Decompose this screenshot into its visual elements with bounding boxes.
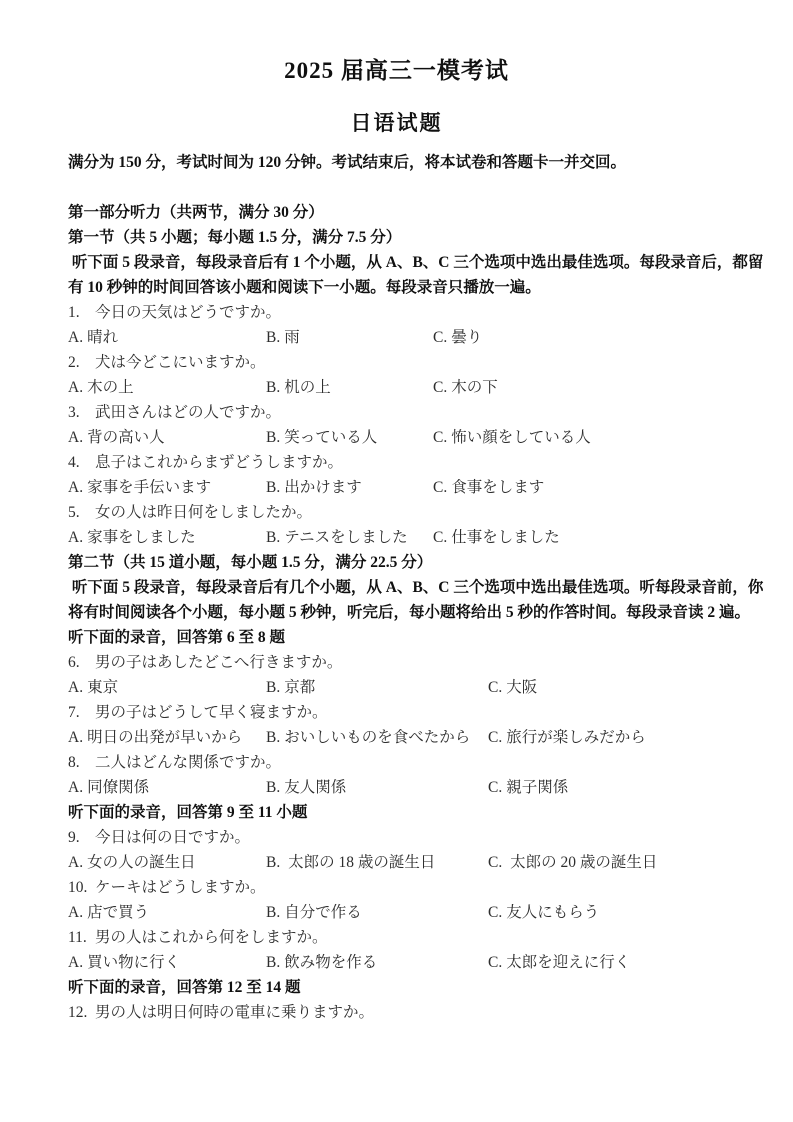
question-7-option-b: B.おいしいものを食べたから <box>266 725 488 750</box>
question-11-text: 男の人はこれから何をしますか。 <box>95 929 328 946</box>
exam-subject-title: 日语试题 <box>68 108 725 138</box>
question-1-option-b: B.雨 <box>266 325 433 350</box>
question-4-option-b: B.出かけます <box>266 475 433 500</box>
question-8: 8.二人はどんな関係ですか。 <box>68 750 725 775</box>
question-10-option-a: A.店で買う <box>68 900 266 925</box>
question-7-options: A.明日の出発が早いから B.おいしいものを食べたから C.旅行が楽しみだから <box>68 725 725 750</box>
question-9-number: 9. <box>68 825 91 850</box>
question-3-option-b: B.笑っている人 <box>266 425 433 450</box>
question-11-option-b: B.飲み物を作る <box>266 950 488 975</box>
question-11-option-c: C.太郎を迎えに行く <box>488 950 725 975</box>
section1-instructions-line1: 听下面 5 段录音，每段录音后有 1 个小题，从 A、B、C 三个选项中选出最佳… <box>68 250 725 275</box>
question-10-option-b: B.自分で作る <box>266 900 488 925</box>
exam-body: 第一部分听力（共两节，满分 30 分） 第一节（共 5 小题；每小题 1.5 分… <box>68 200 725 1025</box>
question-5-option-c: C.仕事をしました <box>433 525 725 550</box>
question-7-number: 7. <box>68 700 91 725</box>
exam-title: 2025 届高三一模考试 <box>68 55 725 87</box>
question-8-options: A.同僚関係 B.友人関係 C.親子関係 <box>68 775 725 800</box>
question-8-option-a: A.同僚関係 <box>68 775 266 800</box>
group-heading-9-11: 听下面的录音，回答第 9 至 11 小题 <box>68 800 725 825</box>
question-2-option-b: B.机の上 <box>266 375 433 400</box>
question-10: 10.ケーキはどうしますか。 <box>68 875 725 900</box>
question-11-options: A.買い物に行く B.飲み物を作る C.太郎を迎えに行く <box>68 950 725 975</box>
section2-instructions-line2: 将有时间阅读各个小题，每小题 5 秒钟，听完后，每小题将给出 5 秒的作答时间。… <box>68 600 725 625</box>
part1-heading: 第一部分听力（共两节，满分 30 分） <box>68 200 725 225</box>
question-5-options: A.家事をしました B.テニスをしました C.仕事をしました <box>68 525 725 550</box>
question-7-option-a: A.明日の出発が早いから <box>68 725 266 750</box>
question-10-number: 10. <box>68 875 91 900</box>
question-7-option-c: C.旅行が楽しみだから <box>488 725 725 750</box>
question-8-text: 二人はどんな関係ですか。 <box>95 754 281 771</box>
question-5-option-a: A.家事をしました <box>68 525 266 550</box>
question-2-option-c: C.木の下 <box>433 375 725 400</box>
question-4-option-a: A.家事を手伝います <box>68 475 266 500</box>
question-4-text: 息子はこれからまずどうしますか。 <box>95 454 343 471</box>
question-2-text: 犬は今どこにいますか。 <box>95 354 266 371</box>
question-11-option-a: A.買い物に行く <box>68 950 266 975</box>
question-5-option-b: B.テニスをしました <box>266 525 433 550</box>
question-3: 3.武田さんはどの人ですか。 <box>68 400 725 425</box>
question-9-text: 今日は何の日ですか。 <box>95 829 250 846</box>
question-4: 4.息子はこれからまずどうしますか。 <box>68 450 725 475</box>
question-1-option-c: C.曇り <box>433 325 725 350</box>
question-2-number: 2. <box>68 350 91 375</box>
question-9-options: A.女の人の誕生日 B. 太郎の 18 歳の誕生日 C. 太郎の 20 歳の誕生… <box>68 850 725 875</box>
question-9-option-b: B. 太郎の 18 歳の誕生日 <box>266 850 488 875</box>
section1-instructions-line2: 有 10 秒钟的时间回答该小题和阅读下一小题。每段录音只播放一遍。 <box>68 275 725 300</box>
group-heading-6-8: 听下面的录音，回答第 6 至 8 题 <box>68 625 725 650</box>
question-8-option-c: C.親子関係 <box>488 775 725 800</box>
question-4-options: A.家事を手伝います B.出かけます C.食事をします <box>68 475 725 500</box>
question-9-option-a: A.女の人の誕生日 <box>68 850 266 875</box>
question-10-text: ケーキはどうしますか。 <box>95 879 266 896</box>
question-3-option-a: A.背の高い人 <box>68 425 266 450</box>
question-5-text: 女の人は昨日何をしましたか。 <box>95 504 312 521</box>
question-12-number: 12. <box>68 1000 91 1025</box>
question-3-number: 3. <box>68 400 91 425</box>
question-5-number: 5. <box>68 500 91 525</box>
question-9-option-c: C. 太郎の 20 歳の誕生日 <box>488 850 725 875</box>
question-1: 1.今日の天気はどうですか。 <box>68 300 725 325</box>
question-4-option-c: C.食事をします <box>433 475 725 500</box>
section2-heading: 第二节（共 15 道小题，每小题 1.5 分，满分 22.5 分） <box>68 550 725 575</box>
question-11-number: 11. <box>68 925 91 950</box>
question-1-number: 1. <box>68 300 91 325</box>
question-1-options: A.晴れ B.雨 C.曇り <box>68 325 725 350</box>
section2-instructions-line1: 听下面 5 段录音，每段录音后有几个小题，从 A、B、C 三个选项中选出最佳选项… <box>68 575 725 600</box>
question-4-number: 4. <box>68 450 91 475</box>
question-5: 5.女の人は昨日何をしましたか。 <box>68 500 725 525</box>
question-7: 7.男の子はどうして早く寝ますか。 <box>68 700 725 725</box>
question-10-option-c: C.友人にもらう <box>488 900 725 925</box>
question-6-option-a: A.東京 <box>68 675 266 700</box>
question-6-options: A.東京 B.京都 C.大阪 <box>68 675 725 700</box>
question-9: 9.今日は何の日ですか。 <box>68 825 725 850</box>
question-6-text: 男の子はあしたどこへ行きますか。 <box>95 654 342 671</box>
question-6-number: 6. <box>68 650 91 675</box>
question-10-options: A.店で買う B.自分で作る C.友人にもらう <box>68 900 725 925</box>
exam-paper-page: 2025 届高三一模考试 日语试题 满分为 150 分，考试时间为 120 分钟… <box>0 0 793 1122</box>
question-8-option-b: B.友人関係 <box>266 775 488 800</box>
question-2-option-a: A.木の上 <box>68 375 266 400</box>
question-6: 6.男の子はあしたどこへ行きますか。 <box>68 650 725 675</box>
exam-notice: 满分为 150 分，考试时间为 120 分钟。考试结束后，将本试卷和答题卡一并交… <box>68 150 725 175</box>
question-2: 2.犬は今どこにいますか。 <box>68 350 725 375</box>
question-1-text: 今日の天気はどうですか。 <box>95 304 281 321</box>
question-3-option-c: C.怖い顔をしている人 <box>433 425 725 450</box>
question-3-options: A.背の高い人 B.笑っている人 C.怖い顔をしている人 <box>68 425 725 450</box>
group-heading-12-14: 听下面的录音，回答第 12 至 14 题 <box>68 975 725 1000</box>
question-8-number: 8. <box>68 750 91 775</box>
section1-heading: 第一节（共 5 小题；每小题 1.5 分，满分 7.5 分） <box>68 225 725 250</box>
question-6-option-b: B.京都 <box>266 675 488 700</box>
question-2-options: A.木の上 B.机の上 C.木の下 <box>68 375 725 400</box>
question-1-option-a: A.晴れ <box>68 325 266 350</box>
question-11: 11.男の人はこれから何をしますか。 <box>68 925 725 950</box>
question-3-text: 武田さんはどの人ですか。 <box>95 404 281 421</box>
question-12: 12.男の人は明日何時の電車に乗りますか。 <box>68 1000 725 1025</box>
question-6-option-c: C.大阪 <box>488 675 725 700</box>
question-12-text: 男の人は明日何時の電車に乗りますか。 <box>95 1004 374 1021</box>
question-7-text: 男の子はどうして早く寝ますか。 <box>95 704 328 721</box>
